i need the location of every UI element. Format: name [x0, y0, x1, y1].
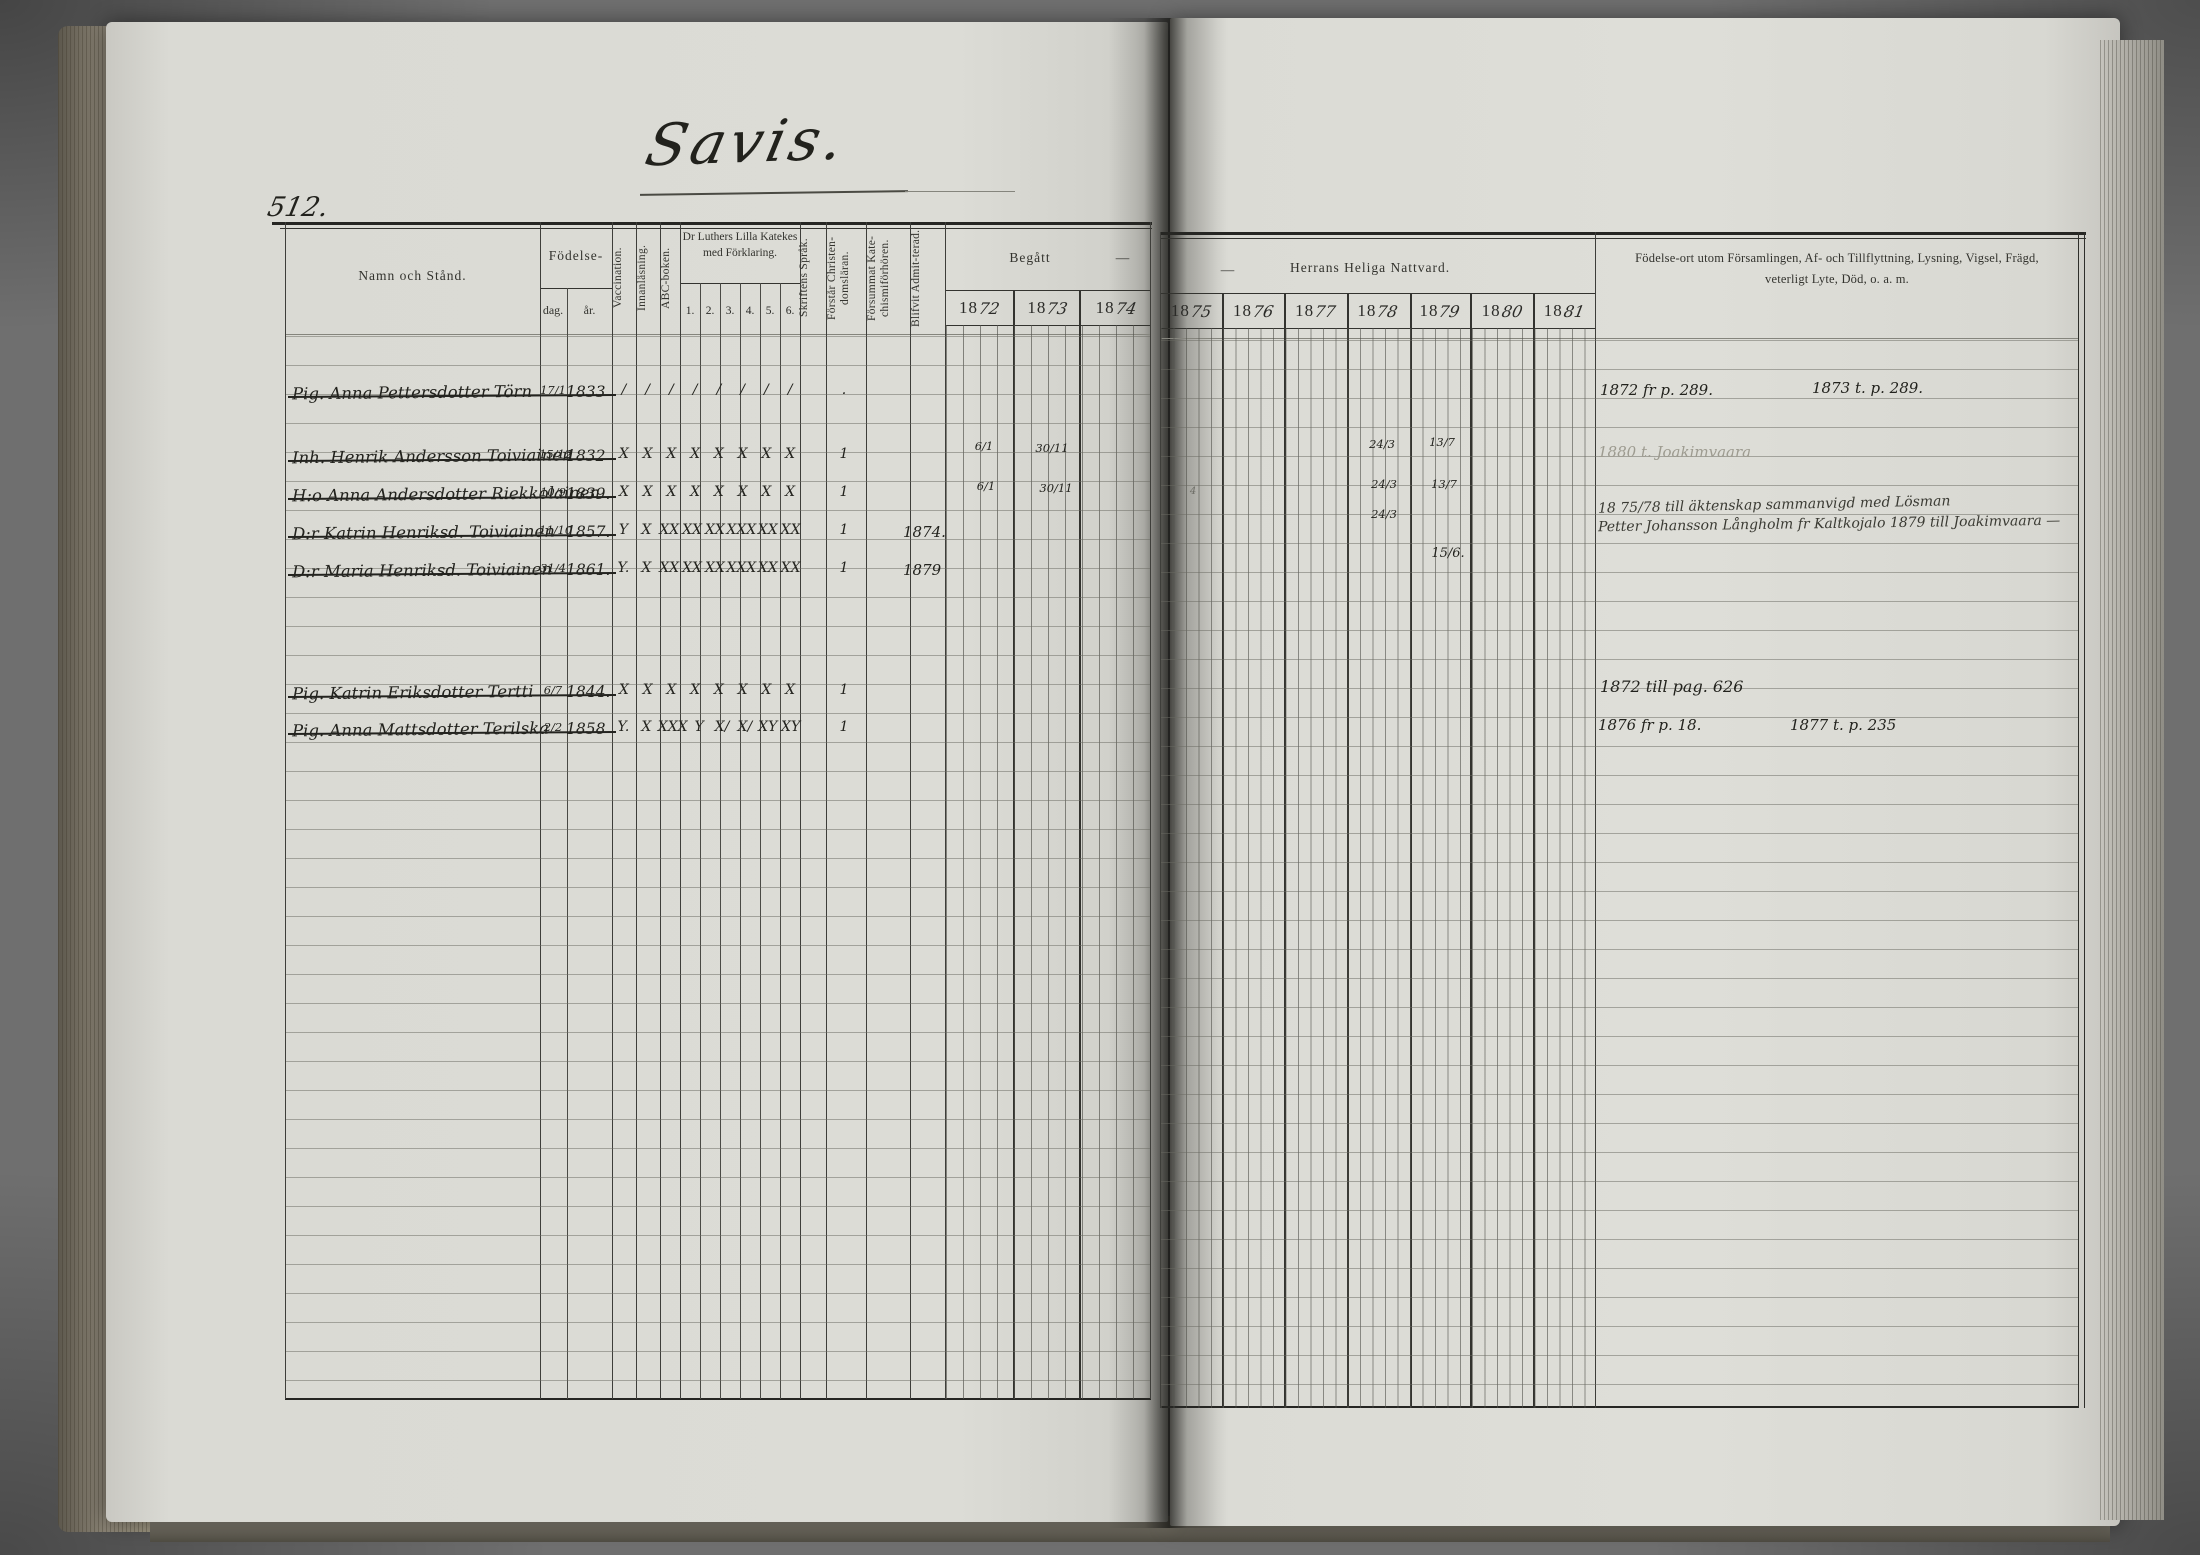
margin-note: 18 75/78 till äktenskap sammanvigd med L… — [1598, 493, 1951, 516]
mark: X — [707, 446, 731, 462]
col-header-notes: Födelse-ort utom Församlingen, Af- och T… — [1612, 248, 2062, 289]
catechism-subcolumn-number: 5. — [760, 305, 780, 317]
scripture-mark: . — [833, 382, 855, 398]
mark: XX — [756, 522, 779, 538]
ability-marks: XXXXXXXX — [612, 484, 802, 500]
communion-1873: 30/11 — [1034, 483, 1078, 495]
year-printed-prefix: 18 — [1419, 301, 1438, 321]
year-script-digits: 81 — [1562, 302, 1586, 321]
mark: X — [755, 682, 779, 698]
mark: XY — [756, 719, 779, 735]
year-script-digits: 80 — [1500, 302, 1524, 321]
catechism-subcolumn-number: 3. — [720, 305, 740, 317]
scripture-mark: 1 — [833, 682, 855, 698]
year-header-cell: 18 78 — [1346, 295, 1408, 327]
mark: XX — [704, 522, 727, 538]
col-header-birth-year: år. — [567, 303, 612, 318]
birth-year: 1844. — [566, 683, 614, 701]
mark: X — [636, 682, 660, 698]
admitted-year: 1874. — [903, 523, 963, 541]
year-printed-prefix: 18 — [1295, 301, 1314, 321]
mark: X — [755, 484, 779, 500]
mark: X — [683, 484, 707, 500]
mark: / — [636, 382, 660, 398]
margin-note: 1872 till pag. 626 — [1600, 677, 1743, 696]
year-script-digits: 76 — [1251, 302, 1275, 321]
year-header-cell: 18 80 — [1471, 295, 1533, 327]
year-printed-prefix: 18 — [1544, 301, 1563, 321]
scanned-parish-register-spread: 512. Savis. Namn och Stånd. Födelse- dag… — [0, 0, 2200, 1555]
year-printed-prefix: 18 — [1233, 301, 1252, 321]
scripture-mark: 1 — [833, 446, 855, 462]
register-row: H:o Anna Andersdotter Riekkolainen 10/9 … — [0, 485, 2200, 515]
mark: X — [660, 682, 684, 698]
mark: X — [755, 446, 779, 462]
year-header-cell: 18 81 — [1533, 295, 1595, 327]
year-header-cell: 18 77 — [1284, 295, 1346, 327]
mark: XX — [779, 522, 802, 538]
ability-marks: Y.XXXXYX/X/XYXY — [612, 719, 802, 735]
person-name: D:r Katrin Henriksd. Toiviainen — [292, 522, 552, 544]
mark: XX — [681, 560, 704, 576]
ability-marks: YXXXXXXXXXXXXXX — [612, 522, 802, 538]
mark: X — [660, 446, 684, 462]
register-row: D:r Katrin Henriksd. Toiviainen 11/10 18… — [0, 523, 2200, 553]
scripture-mark: 1 — [833, 484, 855, 500]
person-name: H:o Anna Andersdotter Riekkolainen — [292, 484, 552, 506]
mark: X — [778, 446, 802, 462]
mark: / — [707, 382, 731, 398]
person-name: D:r Maria Henriksd. Toiviainen — [292, 560, 552, 582]
year-script-digits: 79 — [1438, 302, 1462, 321]
mark: X — [612, 446, 636, 462]
mark: / — [731, 382, 755, 398]
mark: X — [731, 446, 755, 462]
col-header-birth-group: Födelse- — [540, 248, 612, 264]
mark: X — [731, 682, 755, 698]
mark: X — [683, 682, 707, 698]
nattvard-1875: 4 — [1184, 487, 1202, 497]
ability-marks: //////// — [612, 382, 802, 398]
title-underline-faint — [905, 191, 1015, 192]
year-header-cell: 18 74 — [1082, 292, 1150, 324]
col-header-reading: Innanläsning. — [636, 226, 660, 330]
birth-year: 1857. — [566, 523, 614, 541]
mark: / — [683, 382, 707, 398]
mark: X — [636, 446, 660, 462]
catechism-subcolumn-numbers: 1.2.3.4.5.6. — [680, 305, 800, 317]
mark: X — [635, 719, 658, 735]
col-header-communion-begatt: Begått — [960, 250, 1100, 266]
mark: X — [612, 682, 636, 698]
mark: X — [707, 484, 731, 500]
mark: / — [755, 382, 779, 398]
ability-marks: XXXXXXXX — [612, 682, 802, 698]
communion-1872: 6/1 — [968, 481, 1004, 493]
year-printed-prefix: 18 — [1357, 301, 1376, 321]
col-header-nattvard: Herrans Heliga Nattvard. — [1290, 260, 1550, 276]
communion-1872: 6/1 — [966, 441, 1002, 453]
mark: XXX — [658, 719, 688, 735]
mark: / — [778, 382, 802, 398]
col-header-understands: Förstår Christen-domsläran. — [826, 226, 866, 330]
year-printed-prefix: 18 — [1482, 301, 1501, 321]
birth-year: 1861. — [566, 561, 614, 579]
register-row: Inh. Henrik Andersson Toiviainen 15/12 1… — [0, 447, 2200, 477]
mark: XX — [756, 560, 779, 576]
catechism-subcolumn-number: 2. — [700, 305, 720, 317]
birth-year: 1839. — [566, 485, 614, 503]
register-row: Pig. Anna Mattsdotter Terilska 2/2 1858 … — [0, 720, 2200, 750]
col-header-catechism: Dr Luthers Lilla Katekes med Förklaring. — [682, 230, 798, 261]
mark: XY — [779, 719, 802, 735]
margin-note: 1873 t. p. 289. — [1812, 379, 1923, 397]
year-script-digits: 74 — [1114, 299, 1138, 318]
ability-marks: XXXXXXXX — [612, 446, 802, 462]
person-name: Pig. Katrin Eriksdotter Tertti — [292, 682, 552, 704]
mark: Y — [612, 522, 635, 538]
year-printed-prefix: 18 — [959, 298, 978, 318]
communion-begatt-dash: — — [1108, 250, 1138, 266]
mark: X — [635, 522, 658, 538]
mark: XX — [658, 522, 681, 538]
ability-marks: Y.XXXXXXXXXXXXXX — [612, 560, 802, 576]
mark: Y. — [612, 719, 635, 735]
year-header-cell: 18 72 — [945, 292, 1013, 324]
year-printed-prefix: 18 — [1171, 301, 1190, 321]
year-header-cell: 18 73 — [1013, 292, 1081, 324]
year-script-digits: 77 — [1313, 302, 1337, 321]
mark: X — [636, 484, 660, 500]
margin-note: 1877 t. p. 235 — [1790, 716, 1896, 734]
register-row: Pig. Katrin Eriksdotter Tertti 6/7 1844.… — [0, 683, 2200, 713]
mark: X — [660, 484, 684, 500]
admitted-year: 1879 — [903, 561, 963, 579]
left-year-headers: 18 72 18 73 18 74 — [945, 292, 1150, 324]
margin-note: 1876 fr p. 18. — [1598, 716, 1701, 734]
mark: X — [635, 560, 658, 576]
mark: XX — [681, 522, 704, 538]
mark: Y. — [612, 560, 635, 576]
scripture-mark: 1 — [833, 560, 855, 576]
nattvard-dash: — — [1208, 262, 1248, 278]
mark: XX — [704, 560, 727, 576]
nattvard-1878: 24/3 — [1364, 439, 1400, 451]
mark: X — [683, 446, 707, 462]
year-script-digits: 75 — [1189, 302, 1213, 321]
col-header-abc-book: ABC-boken. — [660, 226, 680, 330]
person-name: Pig. Anna Pettersdotter Törn — [292, 382, 552, 404]
mark: Y — [688, 719, 711, 735]
register-row: Pig. Anna Pettersdotter Törn 17/1 1833 /… — [0, 383, 2200, 413]
nattvard-1879: 13/7 — [1424, 479, 1464, 491]
nattvard-1879: 13/7 — [1422, 437, 1462, 449]
register-row: D:r Maria Henriksd. Toiviainen 31/4 1861… — [0, 561, 2200, 591]
mark: / — [612, 382, 636, 398]
mark: X/ — [711, 719, 734, 735]
col-header-missed-exams: Försummat Kate-chismiförhören. — [866, 226, 910, 330]
col-header-name: Namn och Stånd. — [285, 268, 540, 284]
nattvard-1878: 24/3 — [1366, 479, 1402, 491]
birth-year: 1832 — [566, 447, 614, 465]
mark: X — [778, 484, 802, 500]
mark: / — [660, 382, 684, 398]
mark: XX — [779, 560, 802, 576]
mark: X — [612, 484, 636, 500]
nattvard-1878: 24/3 — [1366, 509, 1402, 521]
mark: X/ — [733, 719, 756, 735]
catechism-subcolumn-number: 1. — [680, 305, 700, 317]
year-script-digits: 72 — [977, 299, 1001, 318]
page-stack-right — [2100, 40, 2164, 1520]
person-name: Inh. Henrik Andersson Toiviainen — [292, 446, 552, 468]
col-header-scripture: Skriftens Språk. — [798, 226, 826, 330]
margin-note: 1880 t. Joakimvaara — [1598, 443, 1751, 461]
page-number: 512. — [265, 192, 332, 223]
nattvard-1879: 15/6. — [1428, 547, 1468, 560]
col-header-admitted: Blifvit Admit-terad. — [910, 226, 945, 330]
year-script-digits: 73 — [1046, 299, 1070, 318]
col-header-birth-day: dag. — [539, 303, 567, 318]
year-header-cell: 18 75 — [1160, 295, 1222, 327]
mark: X — [778, 682, 802, 698]
birth-year: 1858 — [566, 720, 614, 738]
page-title: Savis. — [640, 105, 854, 180]
year-printed-prefix: 18 — [1096, 298, 1115, 318]
margin-note: 1872 fr p. 289. — [1600, 381, 1713, 399]
year-printed-prefix: 18 — [1027, 298, 1046, 318]
year-header-cell: 18 76 — [1222, 295, 1284, 327]
year-header-cell: 18 79 — [1409, 295, 1471, 327]
mark: XXX — [726, 522, 756, 538]
scripture-mark: 1 — [833, 522, 855, 538]
mark: XX — [658, 560, 681, 576]
col-header-vaccination: Vaccination. — [612, 226, 636, 330]
person-name: Pig. Anna Mattsdotter Terilska — [292, 719, 552, 741]
year-script-digits: 78 — [1376, 302, 1400, 321]
catechism-subcolumn-number: 6. — [780, 305, 800, 317]
mark: X — [707, 682, 731, 698]
mark: XXX — [726, 560, 756, 576]
mark: X — [731, 484, 755, 500]
scripture-mark: 1 — [833, 719, 855, 735]
birth-year: 1833 — [566, 383, 614, 401]
right-year-headers: 18 75 18 76 18 77 18 78 18 79 18 80 18 8… — [1160, 295, 1595, 327]
communion-1873: 30/11 — [1030, 443, 1074, 455]
catechism-subcolumn-number: 4. — [740, 305, 760, 317]
